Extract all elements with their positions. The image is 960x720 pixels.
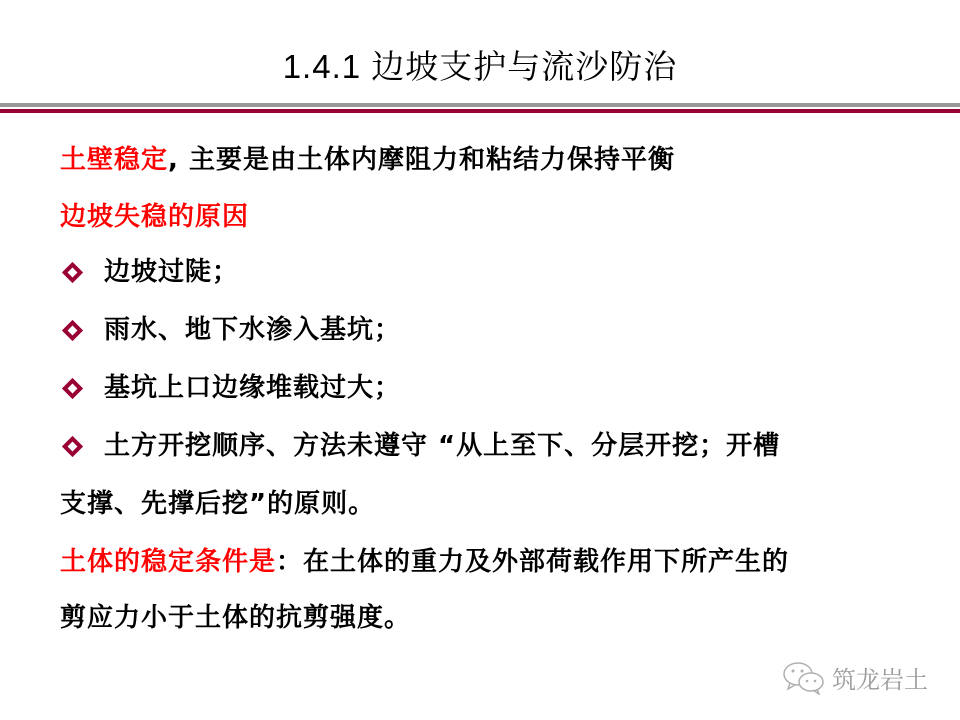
diamond-bullet-icon bbox=[62, 261, 83, 282]
title-rule-gray bbox=[0, 103, 960, 107]
bullet-item: 基坑上口边缘堆载过大； bbox=[60, 368, 401, 408]
bullet-text: 土方开挖顺序、方法未遵守 “从上至下、分层开挖；开槽 bbox=[104, 426, 780, 466]
conclusion-line-1: 土体的稳定条件是：在土体的重力及外部荷载作用下所产生的 bbox=[60, 542, 789, 582]
wechat-icon bbox=[782, 661, 826, 695]
title-rule-red bbox=[0, 109, 960, 113]
conclusion-line-2: 剪应力小于土体的抗剪强度。 bbox=[60, 598, 411, 638]
slide-title: 1.4.1 边坡支护与流沙防治 bbox=[0, 42, 960, 92]
intro-line: 土壁稳定, 主要是由土体内摩阻力和粘结力保持平衡 bbox=[60, 140, 675, 180]
intro-text: , 主要是由土体内摩阻力和粘结力保持平衡 bbox=[168, 145, 675, 175]
bullet-continuation: 支撑、先撑后挖”的原则。 bbox=[60, 484, 375, 524]
subheading: 边坡失稳的原因 bbox=[60, 197, 249, 237]
bullet-item: 土方开挖顺序、方法未遵守 “从上至下、分层开挖；开槽 bbox=[60, 426, 780, 466]
watermark: 筑龙岩土 bbox=[782, 660, 928, 695]
intro-highlight: 土壁稳定 bbox=[60, 145, 168, 175]
bullet-item: 雨水、地下水渗入基坑； bbox=[60, 310, 401, 350]
diamond-bullet-icon bbox=[62, 435, 83, 456]
diamond-bullet-icon bbox=[62, 319, 83, 340]
diamond-bullet-icon bbox=[62, 377, 83, 398]
bullet-item: 边坡过陡； bbox=[60, 252, 239, 292]
conclusion-highlight: 土体的稳定条件是 bbox=[60, 547, 276, 577]
bullet-text: 基坑上口边缘堆载过大； bbox=[104, 368, 401, 408]
bullet-text: 雨水、地下水渗入基坑； bbox=[104, 310, 401, 350]
watermark-text: 筑龙岩土 bbox=[832, 660, 928, 695]
bullet-text: 边坡过陡； bbox=[104, 252, 239, 292]
conclusion-text: ：在土体的重力及外部荷载作用下所产生的 bbox=[276, 547, 789, 577]
